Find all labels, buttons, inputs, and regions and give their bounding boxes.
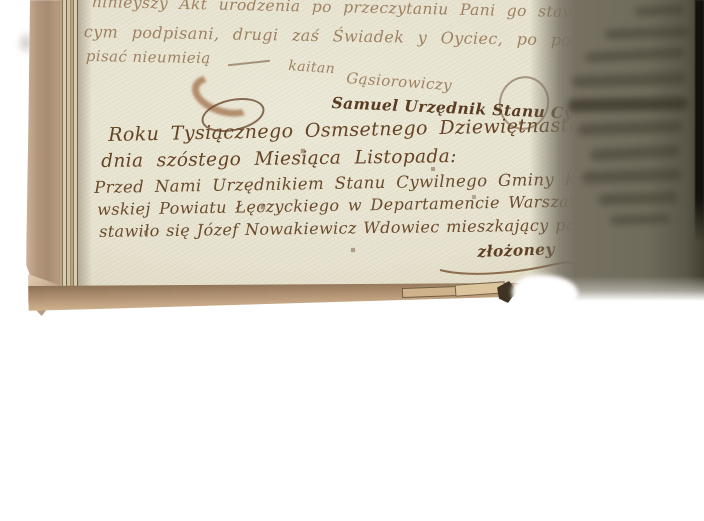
bleedthrough-stroke: [582, 168, 682, 183]
witness-signature-first: kaitan: [288, 58, 336, 77]
bleedthrough-stroke: [572, 72, 687, 88]
bleedthrough-stroke: [598, 192, 678, 206]
bleedthrough-stroke: [635, 5, 685, 17]
manuscript-line-faded: pisać nieumieią: [86, 47, 211, 67]
ink-specks: [0, 0, 2, 2]
facing-page-shadow: [530, 0, 704, 302]
bleedthrough-stroke: [590, 145, 681, 162]
book-gutter-shadow: [695, 0, 704, 242]
binding-shadow: [78, 0, 92, 294]
paper-slip: [402, 286, 459, 298]
bleedthrough-stroke: [610, 214, 670, 225]
bleedthrough-stroke: [568, 97, 688, 112]
bleedthrough-stroke: [585, 47, 685, 62]
book-scan: ninieyszy Akt urodzenia po przeczytaniu …: [0, 0, 704, 521]
scanner-gap: [512, 275, 578, 311]
bleedthrough-stroke: [605, 27, 690, 40]
bleedthrough-stroke: [578, 120, 683, 136]
